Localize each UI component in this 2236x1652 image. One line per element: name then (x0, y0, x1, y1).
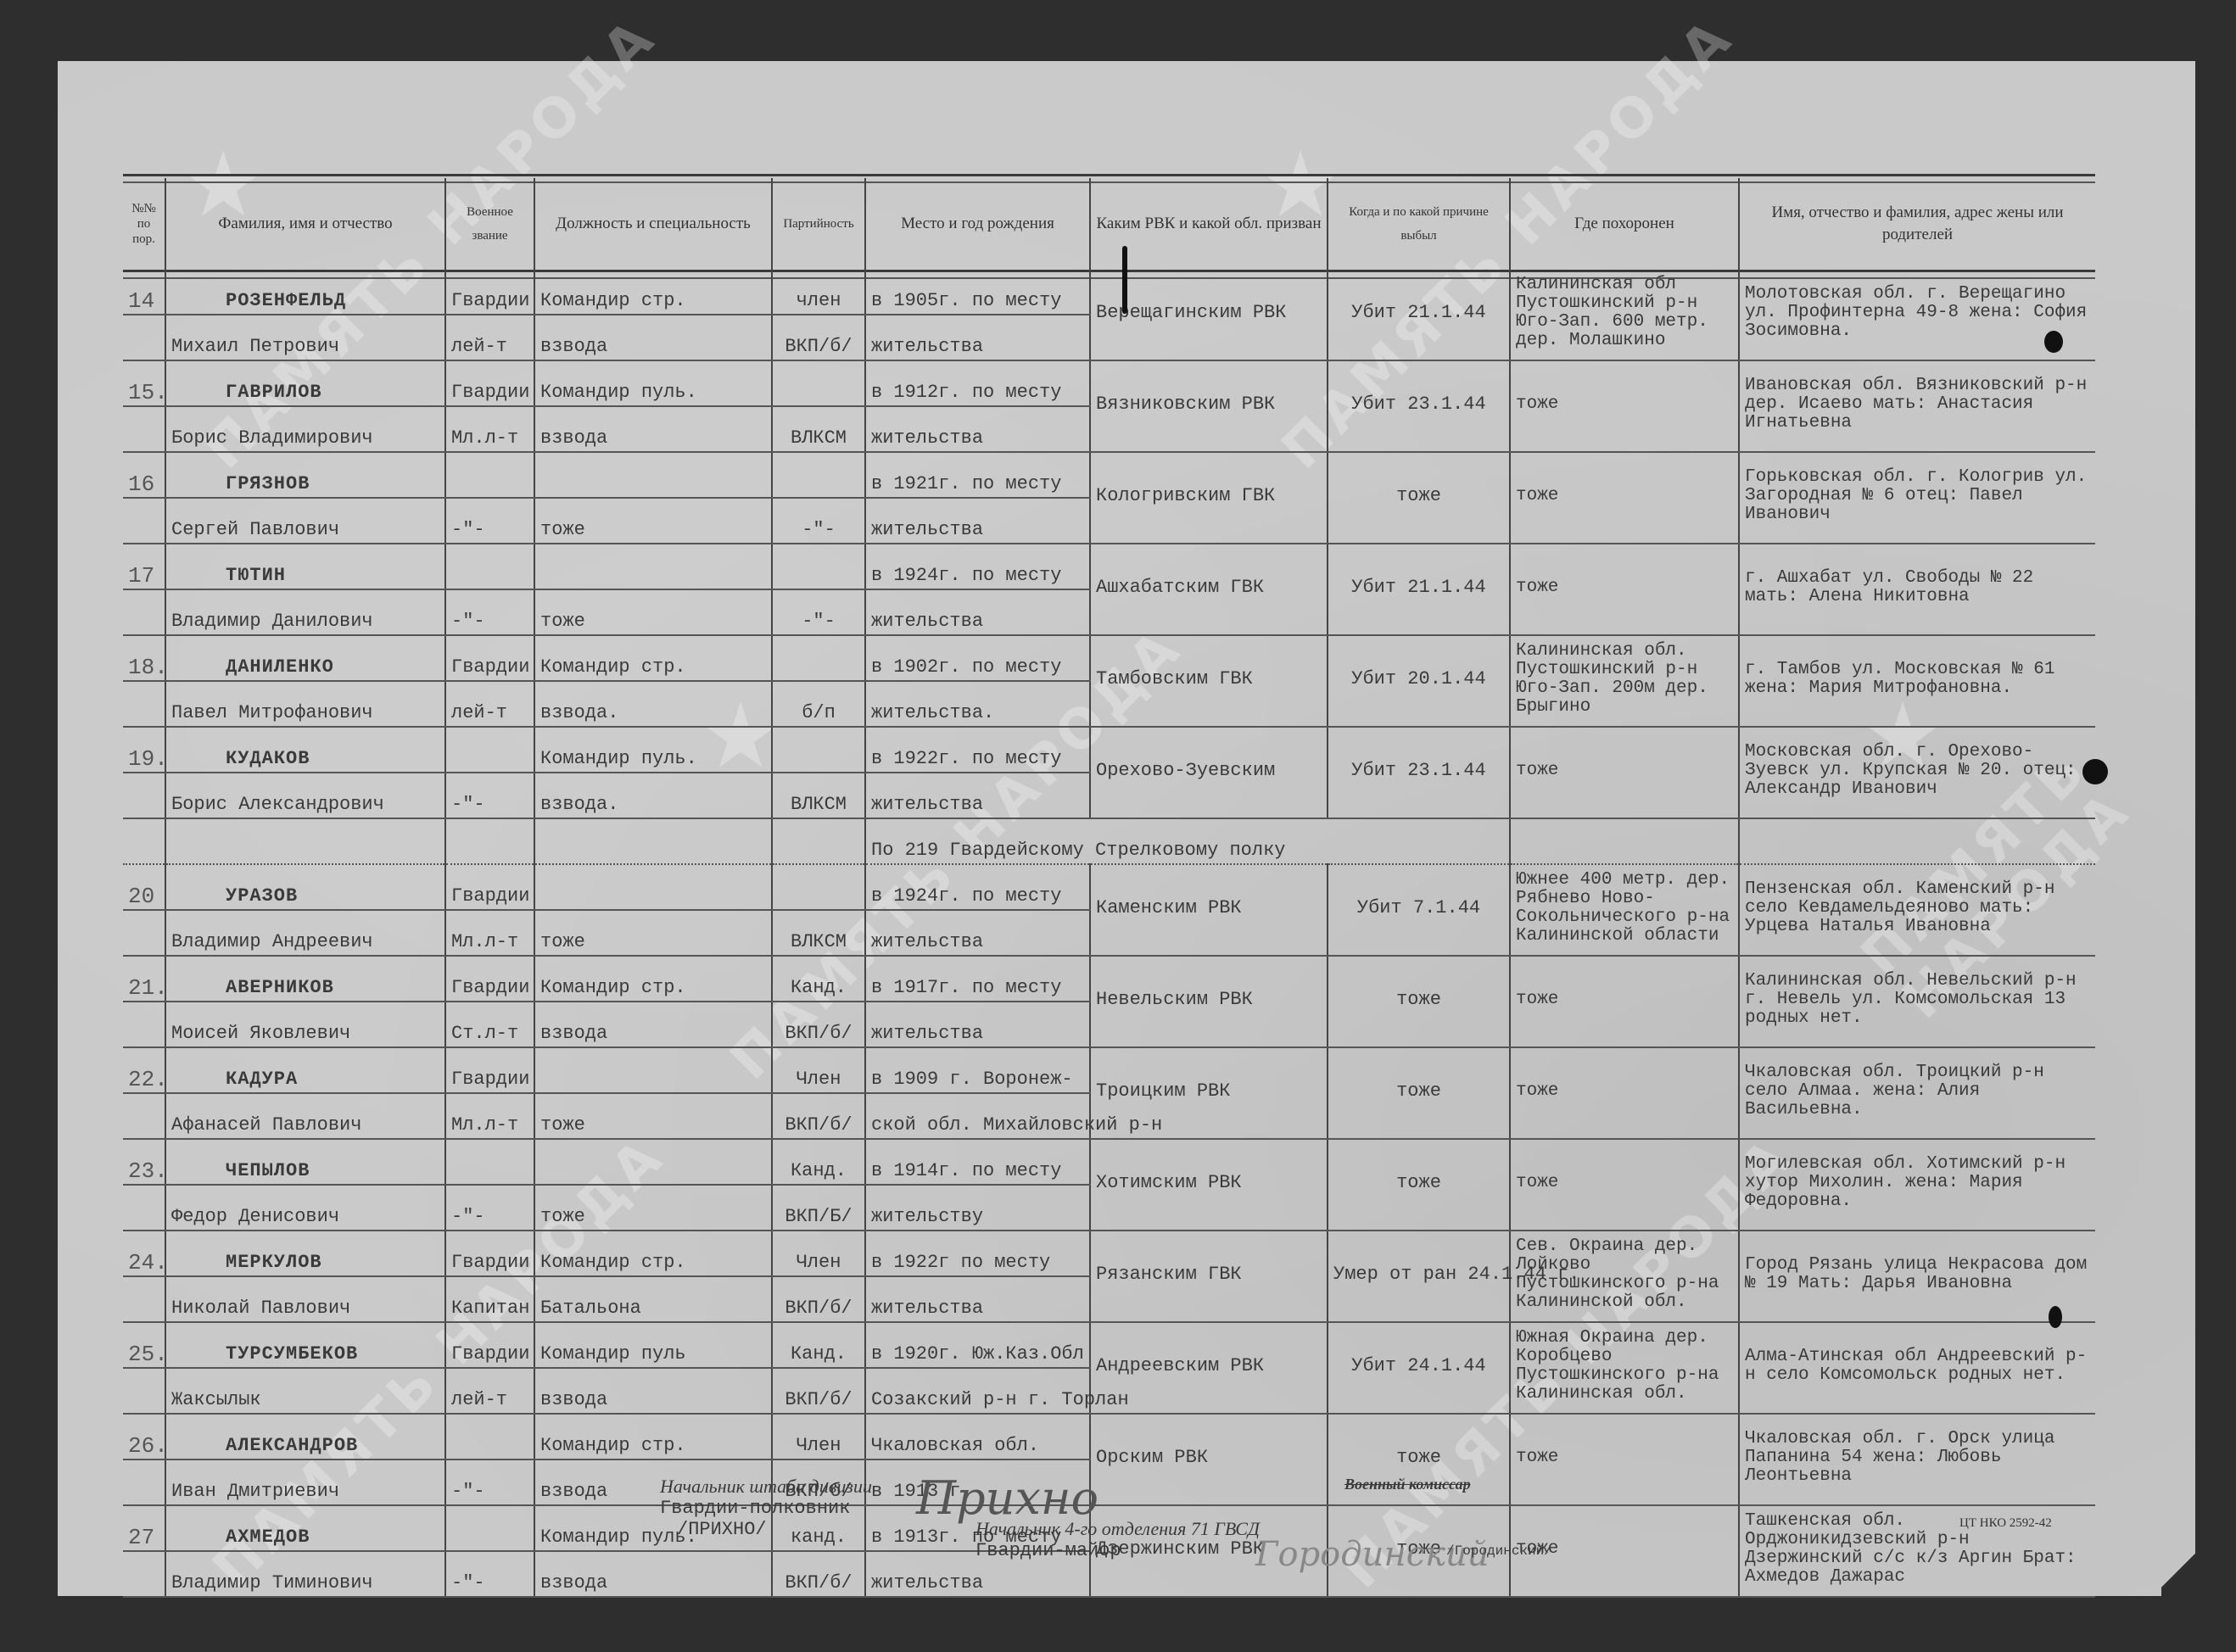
record-surname: ДАНИЛЕНКО (165, 635, 445, 681)
record-burial: тоже (1510, 727, 1739, 818)
record-given-names: Владимир Тиминович (165, 1551, 445, 1597)
record-rank-line2: -"- (445, 1185, 534, 1231)
record-number-blank (123, 1459, 165, 1505)
record-relatives: Калининская обл. Невельский р-н г. Невел… (1739, 956, 2095, 1047)
record-party-line2: ВКП/б/ (772, 315, 865, 360)
record-burial: Южнее 400 метр. дер. Рябнево Ново-Соколь… (1510, 864, 1739, 956)
record-given-names: Михаил Петрович (165, 315, 445, 360)
record-party-line2: -"- (772, 498, 865, 544)
record-position-line2: взвода (534, 315, 772, 360)
record-burial: тоже (1510, 360, 1739, 452)
record-rank-line2: Мл.л-т (445, 406, 534, 452)
record-fate: Убит 7.1.44 (1328, 864, 1510, 956)
section-divider-row: По 219 Гвардейскому Стрелковому полку (123, 818, 2095, 864)
record-rvk: Хотимским РВК (1090, 1139, 1328, 1231)
record-position-line2: взвода (534, 406, 772, 452)
record-surname: РОЗЕНФЕЛЬД (165, 270, 445, 315)
record-number-blank (123, 1185, 165, 1231)
record-surname: ГАВРИЛОВ (165, 360, 445, 406)
table-row: 24.МЕРКУЛОВГвардииКомандир стр.Членв 192… (123, 1231, 2095, 1276)
table-row: 22.КАДУРАГвардииЧленв 1909 г. Воронеж-Тр… (123, 1047, 2095, 1093)
record-party-line2: ВКП/Б/ (772, 1185, 865, 1231)
ink-blot (2044, 331, 2063, 353)
table-row: 18.ДАНИЛЕНКОГвардииКомандир стр.в 1902г.… (123, 635, 2095, 681)
record-birth-line1: в 1920г. Юж.Каз.Обл (865, 1322, 1090, 1368)
record-party-line2: -"- (772, 589, 865, 635)
record-birth-line1: в 1909 г. Воронеж- (865, 1047, 1090, 1093)
header-birth: Место и год рождения (865, 178, 1090, 270)
record-rank-line1: Гвардии (445, 864, 534, 910)
record-relatives: Московская обл. г. Орехово-Зуевск ул. Кр… (1739, 727, 2095, 818)
record-fate: тоже (1328, 956, 1510, 1047)
table-row: 23.ЧЕПЫЛОВКанд.в 1914г. по местуХотимски… (123, 1139, 2095, 1185)
record-relatives: Чкаловская обл. Троицкий р-н село Алмаа.… (1739, 1047, 2095, 1139)
record-party-line1 (772, 544, 865, 589)
record-position-line2: тоже (534, 589, 772, 635)
blank-cell (165, 818, 445, 864)
record-birth-line2: ской обл. Михайловский р-н (865, 1093, 1090, 1139)
record-given-names: Иван Дмитриевич (165, 1459, 445, 1505)
record-position-line1: Командир стр. (534, 270, 772, 315)
ink-blot (2049, 1306, 2062, 1328)
record-birth-line1: Чкаловская обл. (865, 1414, 1090, 1459)
record-rvk: Тамбовским ГВК (1090, 635, 1328, 727)
record-relatives: Алма-Атинская обл Андреевский р-н село К… (1739, 1322, 2095, 1414)
record-birth-line2: жительства (865, 1002, 1090, 1047)
record-position-line1 (534, 1139, 772, 1185)
record-birth-line2: жительства (865, 406, 1090, 452)
table-row: 16ГРЯЗНОВв 1921г. по местуКологривским Г… (123, 452, 2095, 498)
record-number-blank (123, 1093, 165, 1139)
commissar-block: Военный комиссар (1344, 1476, 1471, 1493)
form-code: ЦТ НКО 2592-42 (1959, 1516, 2052, 1531)
record-birth-line2: Созакский р-н г. Торлан (865, 1368, 1090, 1414)
record-birth-line1: в 1922г по месту (865, 1231, 1090, 1276)
record-rvk: Каменским РВК (1090, 864, 1328, 956)
record-rvk: Вязниковским РВК (1090, 360, 1328, 452)
record-party-line2: б/п (772, 681, 865, 727)
record-rank-line1 (445, 1414, 534, 1459)
record-given-names: Федор Денисович (165, 1185, 445, 1231)
record-given-names: Павел Митрофанович (165, 681, 445, 727)
record-party-line2: ВЛКСМ (772, 406, 865, 452)
record-burial: тоже (1510, 544, 1739, 635)
record-party-line1 (772, 360, 865, 406)
record-given-names: Жаксылык (165, 1368, 445, 1414)
record-number: 23. (123, 1139, 165, 1185)
record-rank-line1: Гвардии (445, 956, 534, 1002)
ink-blot (2082, 759, 2108, 784)
record-rank-line2: лей-т (445, 315, 534, 360)
record-rank-line2: -"- (445, 1551, 534, 1597)
table-row: 19.КУДАКОВКомандир пуль.в 1922г. по мест… (123, 727, 2095, 773)
record-position-line1: Командир стр. (534, 1231, 772, 1276)
record-rank-line1: Гвардии (445, 1231, 534, 1276)
record-number: 21. (123, 956, 165, 1002)
blank-cell (1510, 818, 1739, 864)
record-relatives: Ивановская обл. Вязниковский р-н дер. Ис… (1739, 360, 2095, 452)
record-burial: тоже (1510, 452, 1739, 544)
record-rank-line2: -"- (445, 589, 534, 635)
record-relatives: Могилевская обл. Хотимский р-н хутор Мих… (1739, 1139, 2095, 1231)
record-birth-line2: жительства (865, 589, 1090, 635)
table-row: 26.АЛЕКСАНДРОВКомандир стр.ЧленЧкаловска… (123, 1414, 2095, 1459)
header-position: Должность и специальность (534, 178, 772, 270)
header-num: №№ по пор. (123, 178, 165, 270)
record-party-line1 (772, 864, 865, 910)
record-surname: АХМЕДОВ (165, 1505, 445, 1551)
record-given-names: Николай Павлович (165, 1276, 445, 1322)
record-position-line1 (534, 452, 772, 498)
record-burial: Калининская обл Пустошкинский р-н Юго-За… (1510, 270, 1739, 360)
record-birth-line1: в 1902г. по месту (865, 635, 1090, 681)
record-position-line1: Командир стр. (534, 1414, 772, 1459)
record-relatives: Молотовская обл. г. Верещагино ул. Профи… (1739, 270, 2095, 360)
record-party-line1: Канд. (772, 1139, 865, 1185)
record-position-line2: взвода. (534, 681, 772, 727)
record-number-blank (123, 910, 165, 956)
record-position-line2: тоже (534, 910, 772, 956)
header-burial: Где похоронен (1510, 178, 1739, 270)
header-rank: Военное звание (445, 178, 534, 270)
record-rank-line1 (445, 1139, 534, 1185)
record-birth-line1: в 1921г. по месту (865, 452, 1090, 498)
record-surname: КАДУРА (165, 1047, 445, 1093)
record-rvk: Кологривским ГВК (1090, 452, 1328, 544)
record-party-line1: Член (772, 1414, 865, 1459)
record-fate: Убит 21.1.44 (1328, 544, 1510, 635)
record-party-line2: ВКП/б/ (772, 1551, 865, 1597)
record-number-blank (123, 1551, 165, 1597)
record-rank-line1: Гвардии (445, 1322, 534, 1368)
record-birth-line1: в 1924г. по месту (865, 864, 1090, 910)
header-name: Фамилия, имя и отчество (165, 178, 445, 270)
record-rank-line2: -"- (445, 498, 534, 544)
record-given-names: Владимир Данилович (165, 589, 445, 635)
blank-cell (772, 818, 865, 864)
record-party-line1 (772, 452, 865, 498)
record-position-line2: взвода (534, 1551, 772, 1597)
record-surname: АВЕРНИКОВ (165, 956, 445, 1002)
record-surname: ГРЯЗНОВ (165, 452, 445, 498)
record-relatives: г. Ашхабат ул. Свободы № 22 мать: Алена … (1739, 544, 2095, 635)
record-position-line2: взвода (534, 1368, 772, 1414)
record-burial: тоже (1510, 956, 1739, 1047)
record-number: 15. (123, 360, 165, 406)
record-birth-line2: жительства (865, 773, 1090, 818)
record-birth-line2: жительства (865, 910, 1090, 956)
record-rank-line1: Гвардии (445, 635, 534, 681)
record-number-blank (123, 589, 165, 635)
record-fate: тоже (1328, 1047, 1510, 1139)
record-fate: Убит 20.1.44 (1328, 635, 1510, 727)
record-position-line1: Командир пуль. (534, 727, 772, 773)
record-fate: Убит 23.1.44 (1328, 360, 1510, 452)
chief-staff-name: /ПРИХНО/ (660, 1519, 872, 1540)
record-rank-line1 (445, 452, 534, 498)
record-number-blank (123, 1002, 165, 1047)
record-fate: тоже (1328, 1139, 1510, 1231)
record-fate: Убит 21.1.44 (1328, 270, 1510, 360)
commissar-title: Военный комиссар (1344, 1476, 1471, 1493)
record-relatives: Горьковская обл. г. Кологрив ул. Загород… (1739, 452, 2095, 544)
record-birth-line1: в 1914г. по месту (865, 1139, 1090, 1185)
record-birth-line2: жительства. (865, 681, 1090, 727)
record-given-names: Борис Владимирович (165, 406, 445, 452)
record-birth-line1: в 1905г. по месту (865, 270, 1090, 315)
dept-chief-block: Начальник 4-го отделения 71 ГВСД Гвардии… (975, 1518, 1260, 1561)
record-position-line1 (534, 864, 772, 910)
record-rvk: Невельским РВК (1090, 956, 1328, 1047)
record-rank-line1: Гвардии (445, 1047, 534, 1093)
record-birth-line1: в 1917г. по месту (865, 956, 1090, 1002)
record-number-blank (123, 315, 165, 360)
record-number: 26. (123, 1414, 165, 1459)
record-burial: тоже (1510, 1047, 1739, 1139)
record-rank-line2: Мл.л-т (445, 1093, 534, 1139)
record-number: 17 (123, 544, 165, 589)
record-position-line1 (534, 544, 772, 589)
blank-cell (445, 818, 534, 864)
record-fate: тоже (1328, 452, 1510, 544)
record-party-line1 (772, 727, 865, 773)
record-burial: Южная Окраина дер. Коробцево Пустошкинск… (1510, 1322, 1739, 1414)
table-row: 25.ТУРСУМБЕКОВГвардииКомандир пульКанд.в… (123, 1322, 2095, 1368)
record-birth-line2: жительства (865, 315, 1090, 360)
table-row: 15.ГАВРИЛОВГвардииКомандир пуль.в 1912г.… (123, 360, 2095, 406)
record-given-names: Афанасей Павлович (165, 1093, 445, 1139)
dept-chief-name: /Городинский/ (1446, 1543, 1552, 1559)
header-party: Партийность (772, 178, 865, 270)
record-surname: АЛЕКСАНДРОВ (165, 1414, 445, 1459)
table-header-row: №№ по пор. Фамилия, имя и отчество Военн… (123, 178, 2095, 270)
record-position-line2: тоже (534, 1185, 772, 1231)
record-birth-line1: в 1924г. по месту (865, 544, 1090, 589)
record-rank-line1: Гвардии (445, 360, 534, 406)
record-position-line1: Командир пуль (534, 1322, 772, 1368)
record-birth-line2: жительства (865, 1276, 1090, 1322)
record-birth-line1: в 1912г. по месту (865, 360, 1090, 406)
record-position-line2: тоже (534, 498, 772, 544)
record-rank-line2: Мл.л-т (445, 910, 534, 956)
chief-staff-title: Начальник штаба дивизии (660, 1476, 872, 1498)
record-given-names: Борис Александрович (165, 773, 445, 818)
ink-mark (1122, 246, 1127, 314)
record-rank-line2: Ст.л-т (445, 1002, 534, 1047)
record-burial: Сев. Окраина дер. Лойково Пустошкинского… (1510, 1231, 1739, 1322)
record-rank-line1 (445, 544, 534, 589)
record-relatives: Пензенская обл. Каменский р-н село Кевда… (1739, 864, 2095, 956)
dept-chief-title: Начальник 4-го отделения 71 ГВСД (975, 1518, 1260, 1540)
record-given-names: Сергей Павлович (165, 498, 445, 544)
record-number: 24. (123, 1231, 165, 1276)
record-relatives: Город Рязань улица Некрасова дом № 19 Ма… (1739, 1231, 2095, 1322)
record-party-line1: Канд. (772, 1322, 865, 1368)
record-given-names: Владимир Андреевич (165, 910, 445, 956)
record-number: 27 (123, 1505, 165, 1551)
record-surname: ЧЕПЫЛОВ (165, 1139, 445, 1185)
record-party-line1 (772, 635, 865, 681)
record-surname: ТЮТИН (165, 544, 445, 589)
blank-cell (534, 818, 772, 864)
record-rank-line1: Гвардии (445, 270, 534, 315)
record-rank-line2: лей-т (445, 1368, 534, 1414)
record-rank-line2: Капитан (445, 1276, 534, 1322)
record-relatives: г. Тамбов ул. Московская № 61 жена: Мари… (1739, 635, 2095, 727)
record-party-line1: Член (772, 1047, 865, 1093)
record-rank-line2: -"- (445, 1459, 534, 1505)
record-position-line2: взвода. (534, 773, 772, 818)
record-position-line2: тоже (534, 1093, 772, 1139)
blank-cell (123, 818, 165, 864)
record-number: 25. (123, 1322, 165, 1368)
casualty-register-table: №№ по пор. Фамилия, имя и отчество Военн… (123, 178, 2095, 1598)
record-party-line2: ВЛКСМ (772, 910, 865, 956)
record-position-line2: взвода (534, 1002, 772, 1047)
chief-staff-block: Начальник штаба дивизии Гвардии-полковни… (660, 1476, 872, 1540)
record-burial: тоже (1510, 1414, 1739, 1505)
dept-chief-rank: Гвардии-майор (975, 1540, 1260, 1561)
record-fate: Умер от ран 24.1.44 г. (1328, 1231, 1510, 1322)
record-position-line2: Батальона (534, 1276, 772, 1322)
record-surname: КУДАКОВ (165, 727, 445, 773)
record-number-blank (123, 498, 165, 544)
record-number: 20 (123, 864, 165, 910)
record-relatives: Чкаловская обл. г. Орск улица Папанина 5… (1739, 1414, 2095, 1505)
record-position-line1 (534, 1047, 772, 1093)
record-party-line1: Член (772, 1231, 865, 1276)
record-burial: Калининская обл. Пустошкинский р-н Юго-З… (1510, 635, 1739, 727)
record-position-line1: Командир пуль. (534, 360, 772, 406)
record-number: 16 (123, 452, 165, 498)
blank-cell (1739, 818, 2095, 864)
record-number: 22. (123, 1047, 165, 1093)
record-number-blank (123, 1276, 165, 1322)
record-party-line2: ВКП/б/ (772, 1093, 865, 1139)
record-number: 19. (123, 727, 165, 773)
record-rvk: Рязанским ГВК (1090, 1231, 1328, 1322)
record-birth-line2: жительству (865, 1185, 1090, 1231)
record-position-line1: Командир стр. (534, 635, 772, 681)
record-surname: ТУРСУМБЕКОВ (165, 1322, 445, 1368)
record-rank-line1 (445, 1505, 534, 1551)
header-fate: Когда и по какой причине выбыл (1328, 178, 1510, 270)
record-rank-line1 (445, 727, 534, 773)
record-fate: Убит 24.1.44 (1328, 1322, 1510, 1414)
record-party-line1: Канд. (772, 956, 865, 1002)
table-row: 21.АВЕРНИКОВГвардииКомандир стр.Канд.в 1… (123, 956, 2095, 1002)
record-rvk: Орехово-Зуевским (1090, 727, 1328, 818)
record-party-line2: ВЛКСМ (772, 773, 865, 818)
record-number-blank (123, 406, 165, 452)
record-party-line1: член (772, 270, 865, 315)
section-note: По 219 Гвардейскому Стрелковому полку (865, 818, 1510, 864)
record-party-line2: ВКП/б/ (772, 1368, 865, 1414)
record-birth-line2: жительства (865, 498, 1090, 544)
record-number: 18. (123, 635, 165, 681)
table-row: 20УРАЗОВГвардиив 1924г. по местуКаменски… (123, 864, 2095, 910)
record-number: 14 (123, 270, 165, 315)
record-rank-line2: -"- (445, 773, 534, 818)
record-surname: МЕРКУЛОВ (165, 1231, 445, 1276)
record-party-line2: ВКП/б/ (772, 1002, 865, 1047)
record-surname: УРАЗОВ (165, 864, 445, 910)
table-row: 17ТЮТИНв 1924г. по местуАшхабатским ГВКУ… (123, 544, 2095, 589)
record-rvk: Ашхабатским ГВК (1090, 544, 1328, 635)
header-relatives: Имя, отчество и фамилия, адрес жены или … (1739, 178, 2095, 270)
record-given-names: Моисей Яковлевич (165, 1002, 445, 1047)
record-number-blank (123, 681, 165, 727)
record-fate: Убит 23.1.44 (1328, 727, 1510, 818)
record-birth-line1: в 1922г. по месту (865, 727, 1090, 773)
record-position-line1: Командир стр. (534, 956, 772, 1002)
record-rvk: Орским РВК (1090, 1414, 1328, 1505)
record-number-blank (123, 773, 165, 818)
record-burial: тоже (1510, 1139, 1739, 1231)
record-party-line2: ВКП/б/ (772, 1276, 865, 1322)
record-rank-line2: лей-т (445, 681, 534, 727)
record-number-blank (123, 1368, 165, 1414)
table-row: 14РОЗЕНФЕЛЬДГвардииКомандир стр.членв 19… (123, 270, 2095, 315)
chief-staff-rank: Гвардии-полковник (660, 1498, 872, 1519)
chief-staff-signature: Прихно (916, 1471, 1098, 1525)
